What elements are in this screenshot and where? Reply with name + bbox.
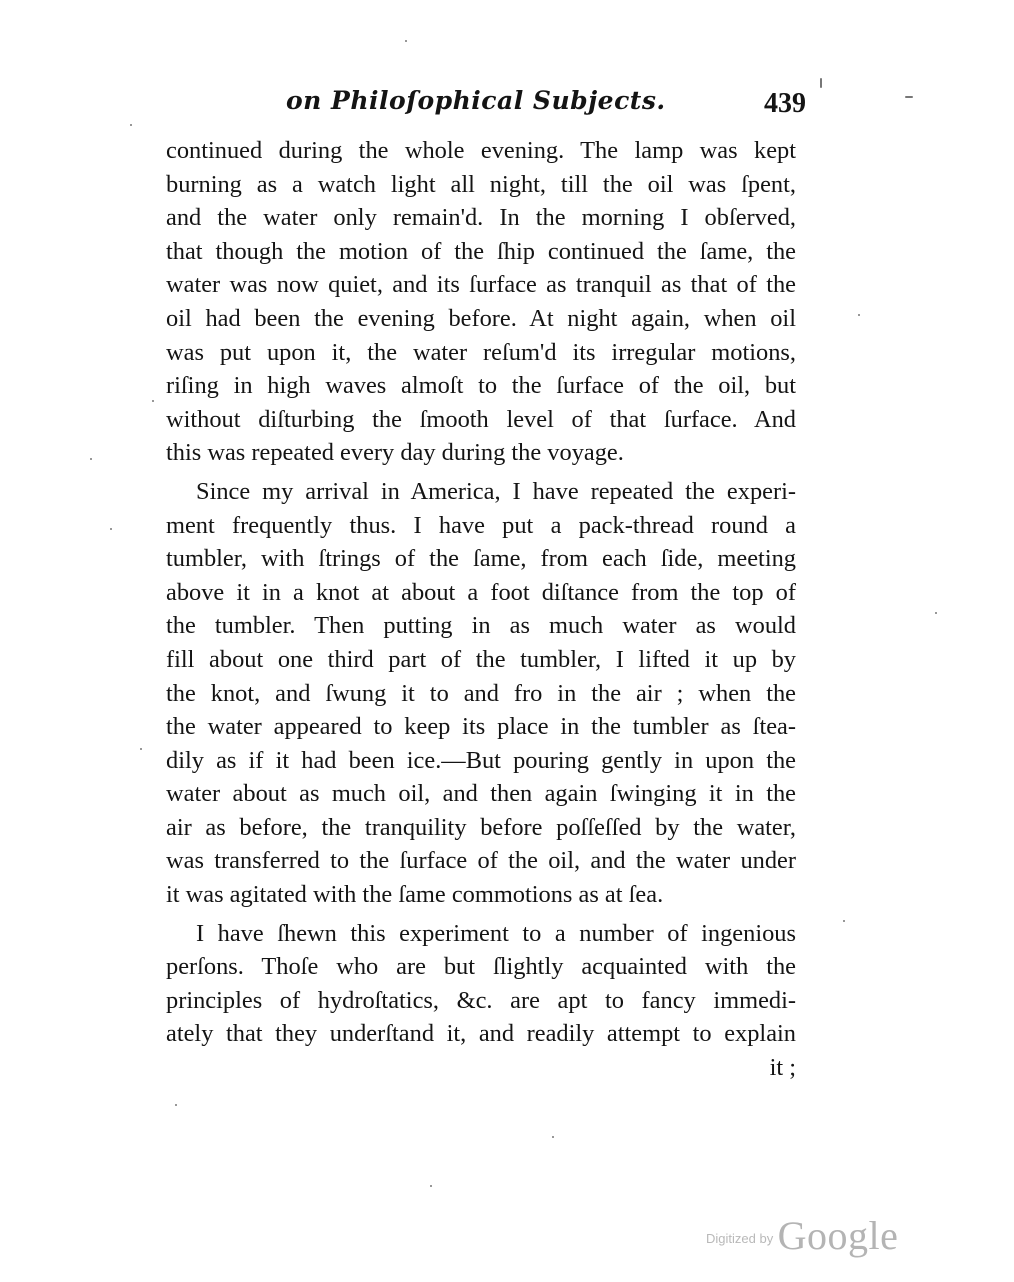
scan-speck — [90, 458, 92, 460]
body-text: continued during the whole evening. The … — [166, 134, 796, 1085]
text-line: dily as if it had been ice.—But pouring … — [166, 744, 796, 778]
scan-speck — [905, 96, 913, 98]
text-line: without diſturbing the ſmooth level of t… — [166, 403, 796, 437]
text-line: the knot, and ſwung it to and fro in the… — [166, 677, 796, 711]
text-line: this was repeated every day during the v… — [166, 436, 796, 470]
google-logo: Google — [778, 1213, 899, 1258]
scan-speck — [820, 78, 822, 88]
text-line: was transferred to the ſurface of the oi… — [166, 844, 796, 878]
book-page: on Philoſophical Subjects. 439 continued… — [0, 0, 1014, 1282]
scan-speck — [152, 400, 154, 402]
text-line: burning as a watch light all night, till… — [166, 168, 796, 202]
scan-speck — [843, 920, 845, 922]
text-line: riſing in high waves almoſt to the ſurfa… — [166, 369, 796, 403]
text-line: I have ſhewn this experiment to a number… — [166, 917, 796, 951]
text-line: above it in a knot at about a foot diſta… — [166, 576, 796, 610]
text-line: the tumbler. Then putting in as much wat… — [166, 609, 796, 643]
running-title: on Philoſophical Subjects. — [286, 86, 666, 115]
text-line: it was agitated with the ſame commotions… — [166, 878, 796, 912]
digitized-label: Digitized by — [706, 1231, 773, 1246]
text-line: and the water only remain'd. In the morn… — [166, 201, 796, 235]
page-number: 439 — [764, 88, 806, 120]
scan-speck — [430, 1185, 432, 1187]
scan-speck — [935, 612, 937, 614]
paragraph-1: continued during the whole evening. The … — [166, 134, 796, 470]
text-line: tumbler, with ſtrings of the ſame, from … — [166, 542, 796, 576]
text-line: fill about one third part of the tumbler… — [166, 643, 796, 677]
text-line: oil had been the evening before. At nigh… — [166, 302, 796, 336]
scan-speck — [552, 1136, 554, 1138]
scan-speck — [858, 314, 860, 316]
text-line: continued during the whole evening. The … — [166, 134, 796, 168]
text-line: perſons. Thoſe who are but ſlightly acqu… — [166, 950, 796, 984]
text-line: ment frequently thus. I have put a pack-… — [166, 509, 796, 543]
text-line: the water appeared to keep its place in … — [166, 710, 796, 744]
text-line: principles of hydroſtatics, &c. are apt … — [166, 984, 796, 1018]
catchword: it ; — [166, 1051, 796, 1085]
text-line: that though the motion of the ſhip conti… — [166, 235, 796, 269]
digitized-by-google-watermark: Digitized by Google — [706, 1212, 898, 1259]
page-header: on Philoſophical Subjects. 439 — [160, 86, 800, 126]
scan-speck — [130, 124, 132, 126]
text-line: water was now quiet, and its ſurface as … — [166, 268, 796, 302]
scan-speck — [175, 1104, 177, 1106]
text-line: air as before, the tranquility before po… — [166, 811, 796, 845]
text-line: Since my arrival in America, I have repe… — [166, 475, 796, 509]
text-line: ately that they underſtand it, and readi… — [166, 1017, 796, 1051]
scan-speck — [110, 528, 112, 530]
paragraph-3: I have ſhewn this experiment to a number… — [166, 917, 796, 1051]
text-line: water about as much oil, and then again … — [166, 777, 796, 811]
scan-speck — [405, 40, 407, 42]
paragraph-2: Since my arrival in America, I have repe… — [166, 475, 796, 912]
text-line: was put upon it, the water reſum'd its i… — [166, 336, 796, 370]
scan-speck — [140, 748, 142, 750]
